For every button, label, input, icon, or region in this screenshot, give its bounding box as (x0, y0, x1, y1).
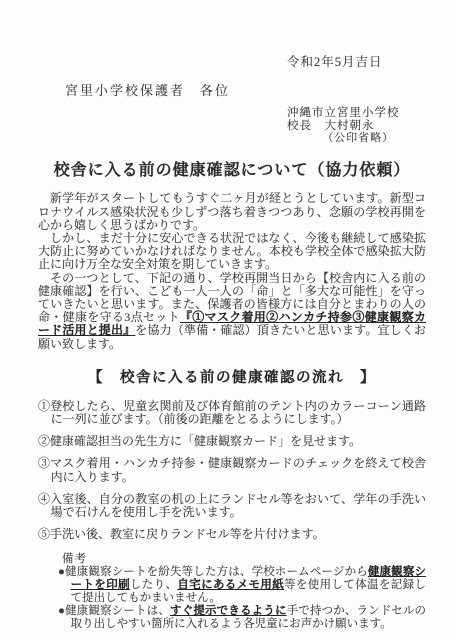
step-number: ⑤ (38, 527, 50, 541)
remarks-section: 備考 ●健康観察シートを紛失等した方は、学校ホームページから健康観察シートを印刷… (58, 553, 426, 631)
recipient-line: 宮里小学校保護者 各位 (65, 80, 426, 99)
step-text: マスク着用・ハンカチ持参・健康観察カードのチェックを終えて校舎内に入ります。 (50, 456, 426, 483)
section-heading: 【 校舎に入る前の健康確認の流れ 】 (38, 366, 426, 387)
sender-block: 沖縄市立宮里小学校 校長 大村朝永 （公印省略） (287, 107, 426, 144)
steps-list: ①登校したら、児童玄関前及び体育館前のテント内のカラーコーン通路に一列に並びます… (38, 400, 426, 542)
step-number: ① (38, 399, 50, 413)
document-title: 校舎に入る前の健康確認について（協力依頼） (38, 157, 426, 180)
step-text: 登校したら、児童玄関前及び体育館前のテント内のカラーコーン通路に一列に並びます。… (50, 399, 426, 426)
document-date: 令和2年5月吉日 (287, 52, 426, 70)
paragraph-2: しかし、まだ十分に安心できる状況ではなく、今後も継続して感染拡大防止に努めていか… (38, 232, 426, 272)
body-text: 新学年がスタートしてもうすぐ二ヶ月が経とうとしています。新型コロナウイルス感染状… (38, 192, 426, 350)
scanned-document-page: 令和2年5月吉日 宮里小学校保護者 各位 沖縄市立宮里小学校 校長 大村朝永 （… (0, 0, 452, 640)
step-item-4: ④入室後、自分の教室の机の上にランドセル等をおいて、学年の手洗い場で石けんを使用… (38, 493, 426, 519)
step-item-3: ③マスク着用・ハンカチ持参・健康観察カードのチェックを終えて校舎内に入ります。 (38, 457, 426, 483)
remarks-label: 備考 (62, 553, 426, 566)
remark-1-text: 健康観察シートを紛失等した方は、学校ホームページから (65, 566, 368, 578)
step-item-5: ⑤手洗い後、教室に戻りランドセル等を片付けます。 (38, 528, 426, 541)
step-item-2: ②健康確認担当の先生方に「健康観察カード」を見せます。 (38, 435, 426, 448)
paragraph-3: その一つとして、下記の通り、学校再開当日から【校舎内に入る前の健康確認】を行い、… (38, 272, 426, 351)
step-number: ④ (38, 492, 50, 506)
remark-bullet-1: ●健康観察シートを紛失等した方は、学校ホームページから健康観察シートを印刷したり… (58, 566, 426, 605)
memo-paper-phrase: 自宅にあるメモ用紙 (177, 579, 284, 591)
step-text: 手洗い後、教室に戻りランドセル等を片付けます。 (50, 527, 325, 541)
show-immediately-phrase: すぐ提示できるように (170, 605, 287, 617)
remark-2-text: 健康観察シートは、 (65, 605, 170, 617)
paragraph-1: 新学年がスタートしてもうすぐ二ヶ月が経とうとしています。新型コロナウイルス感染状… (38, 192, 426, 232)
sender-principal: 校長 大村朝永 (287, 120, 426, 133)
step-item-1: ①登校したら、児童玄関前及び体育館前のテント内のカラーコーン通路に一列に並びます… (38, 400, 426, 426)
step-text: 健康確認担当の先生方に「健康観察カード」を見せます。 (50, 434, 361, 448)
step-number: ③ (38, 456, 50, 470)
seal-omitted-note: （公印省略） (287, 132, 426, 144)
remark-bullet-2: ●健康観察シートは、すぐ提示できるように手で持つか、ランドセルの取り出しやすい箇… (58, 605, 426, 631)
remark-1-text: したり、 (130, 579, 177, 591)
step-number: ② (38, 434, 50, 448)
step-text: 入室後、自分の教室の机の上にランドセル等をおいて、学年の手洗い場で石けんを使用し… (50, 492, 426, 519)
sender-school: 沖縄市立宮里小学校 (287, 107, 426, 120)
